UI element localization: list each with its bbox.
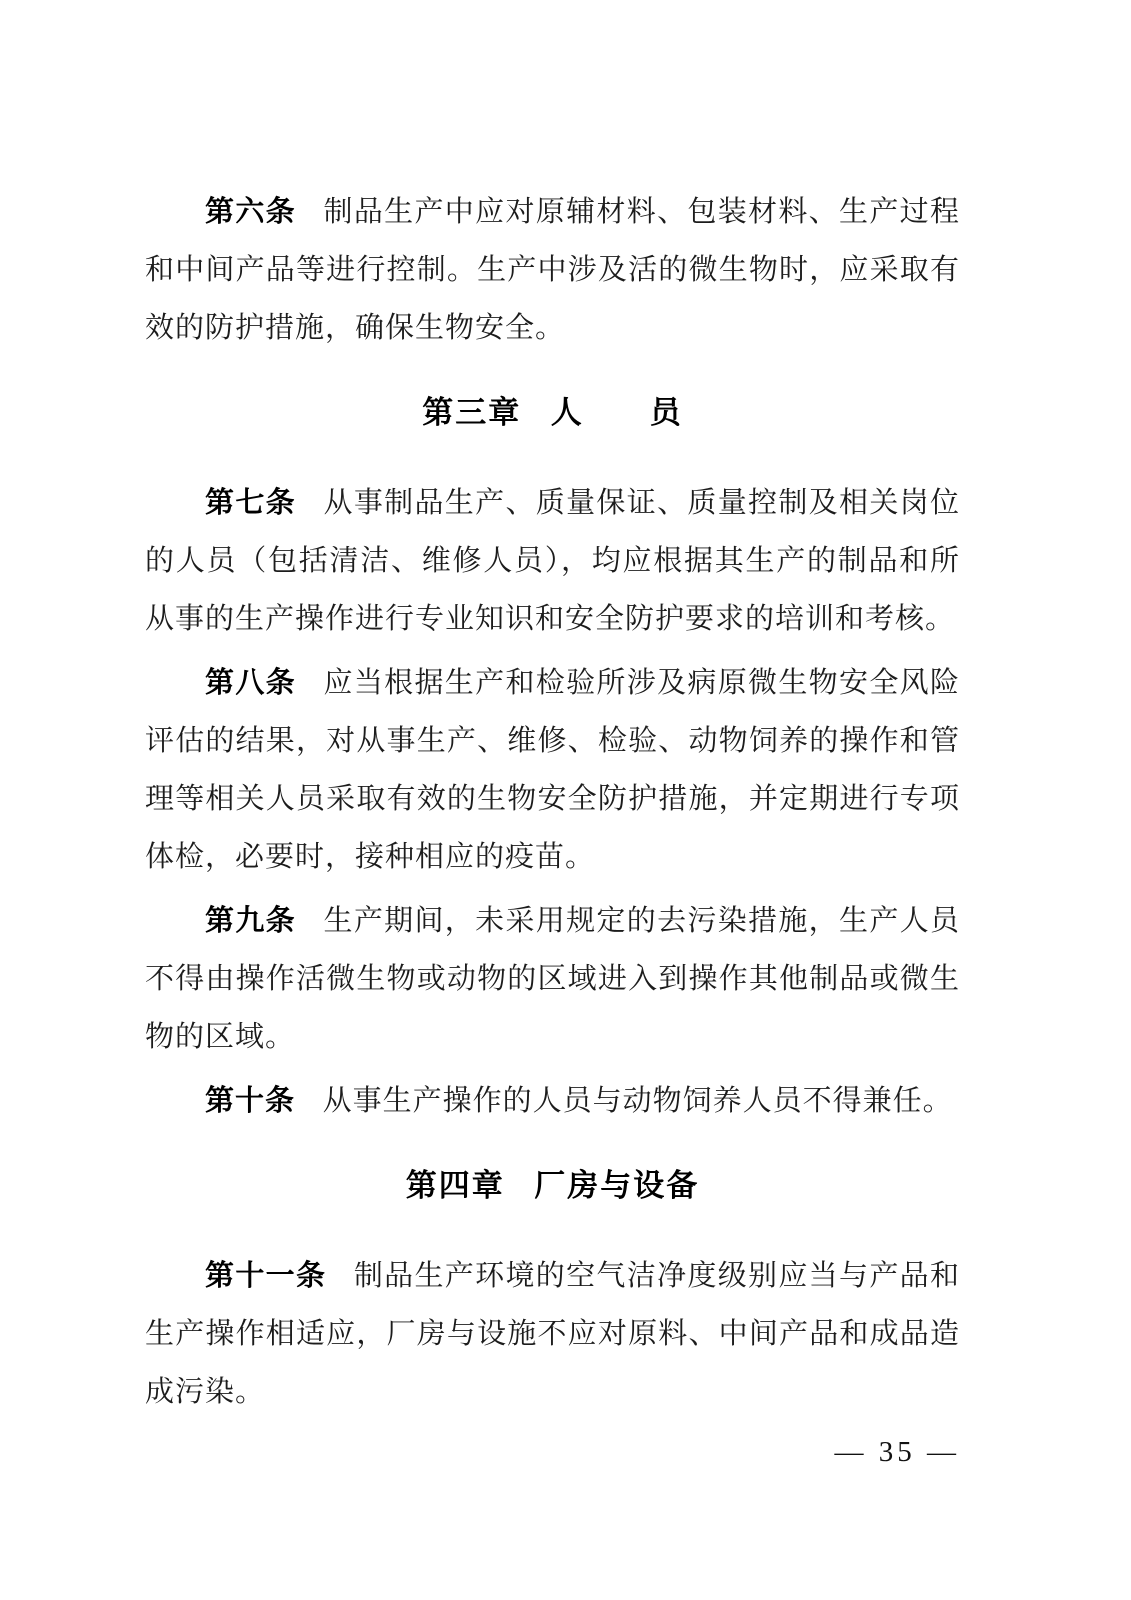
article-6-paragraph: 第六条制品生产中应对原辅材料、包装材料、生产过程和中间产品等进行控制。生产中涉及… <box>145 183 960 357</box>
article-11-number: 第十一条 <box>205 1260 326 1292</box>
chapter-4-heading: 第四章厂房与设备 <box>145 1157 960 1215</box>
article-7-paragraph: 第七条从事制品生产、质量保证、质量控制及相关岗位的人员（包括清洁、维修人员），均… <box>145 474 960 648</box>
page-number: — 35 — <box>145 1432 960 1472</box>
article-8-number: 第八条 <box>205 667 296 699</box>
document-page: 第六条制品生产中应对原辅材料、包装材料、生产过程和中间产品等进行控制。生产中涉及… <box>0 0 1131 1600</box>
chapter-3-number: 第三章 <box>422 395 521 430</box>
chapter-4-number: 第四章 <box>406 1168 505 1203</box>
article-10-text: 从事生产操作的人员与动物饲养人员不得兼任。 <box>323 1085 953 1117</box>
chapter-3-title: 人 员 <box>551 395 683 430</box>
article-10-paragraph: 第十条从事生产操作的人员与动物饲养人员不得兼任。 <box>145 1072 960 1130</box>
document-content: 第六条制品生产中应对原辅材料、包装材料、生产过程和中间产品等进行控制。生产中涉及… <box>145 0 960 1472</box>
chapter-3-heading: 第三章人 员 <box>145 384 960 442</box>
article-10-number: 第十条 <box>205 1085 295 1117</box>
article-9-paragraph: 第九条生产期间，未采用规定的去污染措施，生产人员不得由操作活微生物或动物的区域进… <box>145 892 960 1066</box>
article-9-number: 第九条 <box>205 905 296 937</box>
article-6-number: 第六条 <box>205 196 296 228</box>
article-11-paragraph: 第十一条制品生产环境的空气洁净度级别应当与产品和生产操作相适应，厂房与设施不应对… <box>145 1247 960 1421</box>
article-8-paragraph: 第八条应当根据生产和检验所涉及病原微生物安全风险评估的结果，对从事生产、维修、检… <box>145 654 960 886</box>
chapter-4-title: 厂房与设备 <box>534 1168 699 1203</box>
article-7-number: 第七条 <box>205 487 296 519</box>
